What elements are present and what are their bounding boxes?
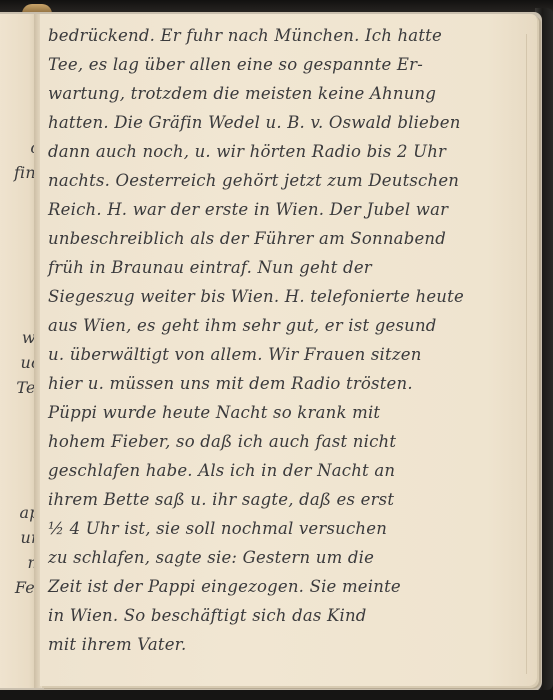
diary-line: u. überwältigt von allem. Wir Frauen sit… [48, 345, 422, 365]
diary-line: Zeit ist der Pappi eingezogen. Sie meint… [48, 577, 401, 597]
diary-line: früh in Braunau eintraf. Nun geht der [48, 258, 372, 278]
facing-line: Feld. [15, 579, 36, 597]
page-edge-line [526, 34, 527, 674]
facing-line: finde [14, 164, 36, 182]
diary-line: zu schlafen, sagte sie: Gestern um die [48, 548, 374, 568]
book-bottom-edge [0, 690, 553, 700]
diary-line: ihrem Bette saß u. ihr sagte, daß es ers… [48, 490, 394, 510]
facing-page: - de ch t. on, finde . / . wen uch. Tele… [0, 14, 36, 688]
diary-line: unbeschreiblich als der Führer am Sonnab… [48, 229, 446, 249]
diary-line: Püppi wurde heute Nacht so krank mit [48, 403, 380, 423]
diary-line: hier u. müssen uns mit dem Radio trösten… [48, 374, 413, 394]
diary-line: Tee, es lag über allen eine so gespannte… [48, 55, 423, 75]
diary-line: hatten. Die Gräfin Wedel u. B. v. Oswald… [48, 113, 461, 133]
diary-line: ½ 4 Uhr ist, sie soll nochmal versuchen [48, 519, 387, 539]
diary-page: bedrückend. Er fuhr nach München. Ich ha… [40, 14, 537, 686]
diary-line: in Wien. So beschäftigt sich das Kind [48, 606, 367, 626]
diary-line: geschlafen habe. Als ich in der Nacht an [48, 461, 395, 481]
diary-line: wartung, trotzdem die meisten keine Ahnu… [48, 84, 436, 104]
diary-line: Siegeszug weiter bis Wien. H. telefonier… [48, 287, 464, 307]
diary-line: Reich. H. war der erste in Wien. Der Jub… [48, 200, 448, 220]
diary-line: aus Wien, es geht ihm sehr gut, er ist g… [48, 316, 437, 336]
diary-line: hohem Fieber, so daß ich auch fast nicht [48, 432, 396, 452]
diary-line: mit ihrem Vater. [48, 635, 186, 655]
diary-line: nachts. Oesterreich gehört jetzt zum Deu… [48, 171, 459, 191]
diary-line: dann auch noch, u. wir hörten Radio bis … [48, 142, 446, 162]
diary-line: bedrückend. Er fuhr nach München. Ich ha… [48, 26, 442, 46]
